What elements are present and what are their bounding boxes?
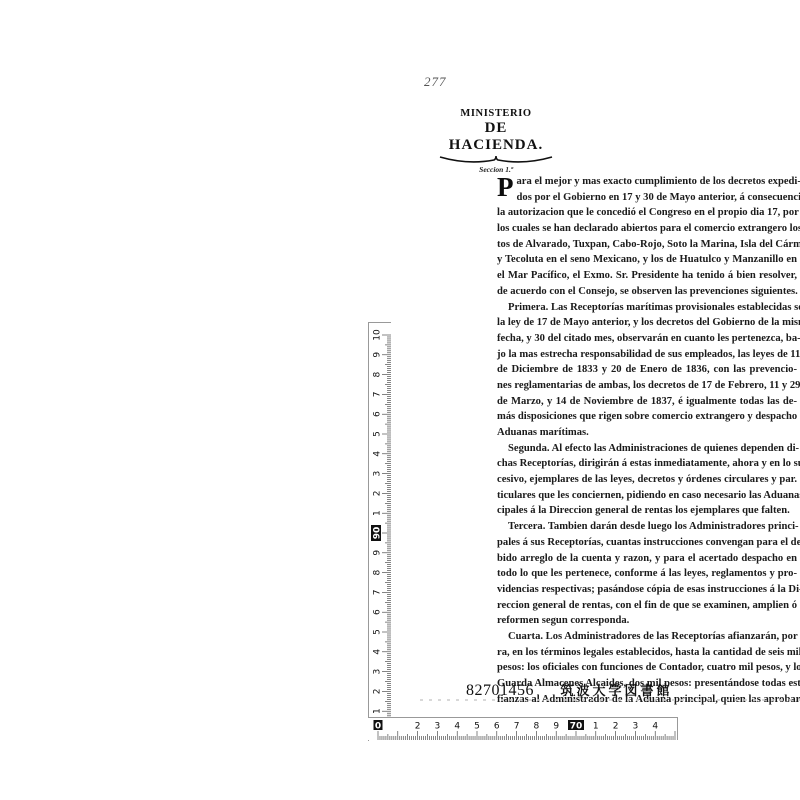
horizontal-scale-ruler: 023456789701234 — [368, 717, 678, 740]
svg-text:9: 9 — [373, 550, 383, 556]
svg-text:5: 5 — [474, 722, 480, 732]
text-line: tos de Alvarado, Tuxpan, Cabo-Rojo, Soto… — [497, 237, 797, 253]
text-line: videncias respectivas; pasándose cópia d… — [497, 582, 797, 598]
text-line: y Tecoluta en el seno Mexicano, y los de… — [497, 252, 797, 268]
vertical-scale-ruler: 01234567899012345678910 — [368, 322, 391, 741]
scan-noise-line — [420, 699, 800, 701]
svg-text:90: 90 — [373, 527, 383, 540]
svg-text:4: 4 — [454, 722, 460, 732]
ministry-title-line1: MINISTERIO — [436, 108, 556, 119]
svg-text:6: 6 — [373, 609, 383, 615]
svg-text:1: 1 — [373, 510, 383, 516]
flourish-divider — [438, 155, 554, 164]
svg-text:4: 4 — [373, 451, 383, 457]
svg-text:9: 9 — [553, 722, 559, 732]
text-line: dos por el Gobierno en 17 y 30 de Mayo a… — [497, 190, 797, 206]
stamp-library: 筑波大学図書館 — [561, 684, 673, 699]
svg-text:3: 3 — [373, 471, 383, 477]
svg-text:2: 2 — [415, 722, 421, 732]
svg-text:7: 7 — [373, 392, 383, 398]
text-line: pesos: los oficiales con funciones de Co… — [497, 660, 797, 676]
svg-text:5: 5 — [373, 431, 383, 437]
page-number: 277 — [424, 74, 447, 90]
svg-text:2: 2 — [373, 491, 383, 497]
text-line: más disposiciones que rigen sobre comerc… — [497, 409, 797, 425]
svg-text:0: 0 — [375, 722, 381, 732]
text-line: cipales á la Direccion general de rentas… — [497, 503, 797, 519]
svg-text:6: 6 — [494, 722, 500, 732]
text-line: Tercera. Tambien darán desde luego los A… — [497, 519, 797, 535]
ministry-title-line2: DE HACIENDA. — [436, 120, 556, 154]
text-line: jo la mas estrecha responsabilidad de su… — [497, 347, 797, 363]
svg-text:6: 6 — [373, 411, 383, 417]
text-line: la autorizacion que le concedió el Congr… — [497, 205, 797, 221]
text-line: Segunda. Al efecto las Administraciones … — [497, 441, 797, 457]
svg-text:9: 9 — [373, 352, 383, 358]
svg-text:2: 2 — [373, 689, 383, 695]
text-line: de Diciembre de 1833 y 20 de Enero de 18… — [497, 362, 797, 378]
library-stamp: 82701456 筑波大学図書館 — [466, 680, 673, 700]
svg-text:7: 7 — [514, 722, 520, 732]
text-line: fecha, y 30 del citado mes, observarán e… — [497, 331, 797, 347]
svg-text:4: 4 — [373, 649, 383, 655]
text-line: reformen segun corresponda. — [497, 613, 797, 629]
text-line: nes reglamentarias de ambas, los decreto… — [497, 378, 797, 394]
section-label: Seccion 1.ª — [436, 165, 556, 174]
text-line: reccion general de rentas, con el fin de… — [497, 598, 797, 614]
svg-text:8: 8 — [373, 371, 383, 377]
drop-cap: P — [497, 176, 514, 198]
text-line: los cuales se han declarado abiertos par… — [497, 221, 797, 237]
svg-text:10: 10 — [373, 329, 383, 341]
body-text: P ara el mejor y mas exacto cumplimiento… — [497, 174, 797, 707]
text-line: ara el mejor y mas exacto cumplimiento d… — [497, 174, 797, 190]
text-line: cesivo, ejemplares de las leyes, decreto… — [497, 472, 797, 488]
svg-text:8: 8 — [534, 722, 540, 732]
stamp-number: 82701456 — [466, 682, 534, 699]
text-line: Cuarta. Los Administradores de las Recep… — [497, 629, 797, 645]
text-line: ticulares que les conciernen, pidiendo e… — [497, 488, 797, 504]
text-line: pales á sus Receptorías, cuantas instruc… — [497, 535, 797, 551]
svg-text:3: 3 — [373, 669, 383, 675]
text-line: chas Receptorías, dirigirán á estas inme… — [497, 456, 797, 472]
svg-text:8: 8 — [373, 569, 383, 575]
text-line: de Marzo, y 14 de Noviembre de 1837, é i… — [497, 394, 797, 410]
svg-text:5: 5 — [373, 629, 383, 635]
svg-text:70: 70 — [570, 722, 583, 732]
svg-text:1: 1 — [373, 708, 383, 714]
svg-text:4: 4 — [652, 722, 658, 732]
text-line: la ley de 17 de Mayo anterior, y los dec… — [497, 315, 797, 331]
svg-text:3: 3 — [633, 722, 639, 732]
text-line: bido arreglo de la cuenta y razon, y par… — [497, 551, 797, 567]
svg-text:1: 1 — [593, 722, 599, 732]
svg-text:2: 2 — [613, 722, 619, 732]
text-line: de acuerdo con el Consejo, se observen l… — [497, 284, 797, 300]
svg-text:3: 3 — [435, 722, 441, 732]
document-header: MINISTERIO DE HACIENDA. Seccion 1.ª — [436, 108, 556, 174]
text-line: el Mar Pacífico, el Exmo. Sr. Presidente… — [497, 268, 797, 284]
text-line: ra, en los términos legales establecidos… — [497, 645, 797, 661]
svg-text:7: 7 — [373, 590, 383, 596]
text-line: Primera. Las Receptorías marítimas provi… — [497, 300, 797, 316]
text-line: todo lo que les pertenece, conforme á la… — [497, 566, 797, 582]
text-line: Aduanas marítimas. — [497, 425, 797, 441]
